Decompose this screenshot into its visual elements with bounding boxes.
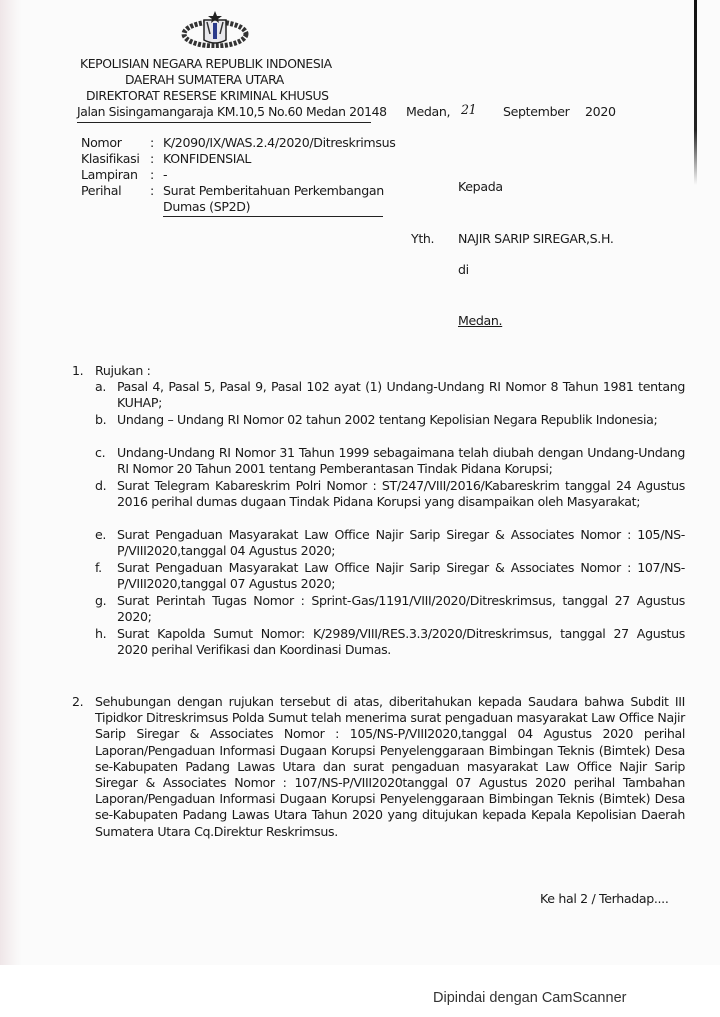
reference-item-marker: h. [95,626,106,642]
section2-number: 2. [72,694,83,710]
section1-number: 1. [72,363,83,379]
reference-item: a.Pasal 4, Pasal 5, Pasal 9, Pasal 102 a… [95,379,685,411]
section1-title: Rujukan : [95,363,151,379]
reference-item-marker: a. [95,379,106,395]
meta-value-klasifikasi: KONFIDENSIAL [163,151,251,167]
reference-item: c.Undang-Undang RI Nomor 31 Tahun 1999 s… [95,445,685,477]
date-city: Medan, [406,104,450,120]
recipient-name: NAJIR SARIP SIREGAR,S.H. [458,231,614,247]
reference-item-text: Pasal 4, Pasal 5, Pasal 9, Pasal 102 aya… [117,379,685,411]
reference-item-marker: d. [95,478,106,494]
reference-item-text: Surat Telegram Kabareskrim Polri Nomor :… [117,478,685,510]
reference-item-text: Undang – Undang RI Nomor 02 tahun 2002 t… [117,412,685,428]
letterhead-address: Jalan Sisingamangaraja KM.10,5 No.60 Med… [77,104,387,120]
section2-paragraph: 2. Sehubungan dengan rujukan tersebut di… [60,694,685,840]
recipient-kepada: Kepada [458,179,503,195]
continuation-note: Ke hal 2 / Terhadap.... [540,891,668,907]
camscanner-watermark: Dipindai dengan CamScanner [433,990,626,1006]
reference-item-marker: f. [95,560,102,576]
meta-colon: : [150,167,154,183]
recipient-yth: Yth. [411,231,434,247]
reference-item: f.Surat Pengaduan Masyarakat Law Office … [95,560,685,592]
meta-colon: : [150,151,154,167]
date-year: 2020 [585,104,616,120]
reference-item: b.Undang – Undang RI Nomor 02 tahun 2002… [95,412,685,428]
letterhead-line1: KEPOLISIAN NEGARA REPUBLIK INDONESIA [80,56,332,72]
letterhead-rule [77,122,371,123]
reference-item: d.Surat Telegram Kabareskrim Polri Nomor… [95,478,685,510]
reference-item-text: Surat Pengaduan Masyarakat Law Office Na… [117,560,685,592]
section2-text: Sehubungan dengan rujukan tersebut di at… [95,694,685,840]
reference-item: e.Surat Pengaduan Masyarakat Law Office … [95,527,685,559]
reference-item-marker: e. [95,527,106,543]
meta-value-perihal: Surat Pemberitahuan Perkembangan [163,183,384,199]
reference-item: h.Surat Kapolda Sumut Nomor: K/2989/VIII… [95,626,685,658]
date-day: 21 [461,102,476,118]
date-month: September [503,104,569,120]
meta-label-perihal: Perihal [81,183,121,199]
meta-value-lampiran: - [163,167,167,183]
meta-label-lampiran: Lampiran [81,167,138,183]
recipient-city: Medan. [458,313,502,329]
recipient-di: di [458,262,469,278]
letterhead-line3: DIREKTORAT RESERSE KRIMINAL KHUSUS [86,88,329,104]
reference-item-marker: g. [95,593,106,609]
scan-edge-line [694,0,697,185]
police-emblem-icon [180,10,250,48]
reference-item: g.Surat Perintah Tugas Nomor : Sprint-Ga… [95,593,685,625]
meta-label-nomor: Nomor [81,135,122,151]
reference-item-marker: c. [95,445,105,461]
meta-value-perihal-line2: Dumas (SP2D) [163,199,250,215]
reference-item-text: Surat Kapolda Sumut Nomor: K/2989/VIII/R… [117,626,685,658]
meta-label-klasifikasi: Klasifikasi [81,151,139,167]
meta-value-nomor: K/2090/IX/WAS.2.4/2020/Ditreskrimsus [163,135,395,151]
perihal-rule [163,216,383,217]
scan-edge-shadow [0,0,22,965]
meta-colon: : [150,183,154,199]
reference-item-text: Surat Pengaduan Masyarakat Law Office Na… [117,527,685,559]
reference-item-text: Surat Perintah Tugas Nomor : Sprint-Gas/… [117,593,685,625]
reference-item-text: Undang-Undang RI Nomor 31 Tahun 1999 seb… [117,445,685,477]
meta-colon: : [150,135,154,151]
letterhead-line2: DAERAH SUMATERA UTARA [125,72,284,88]
reference-item-marker: b. [95,412,106,428]
